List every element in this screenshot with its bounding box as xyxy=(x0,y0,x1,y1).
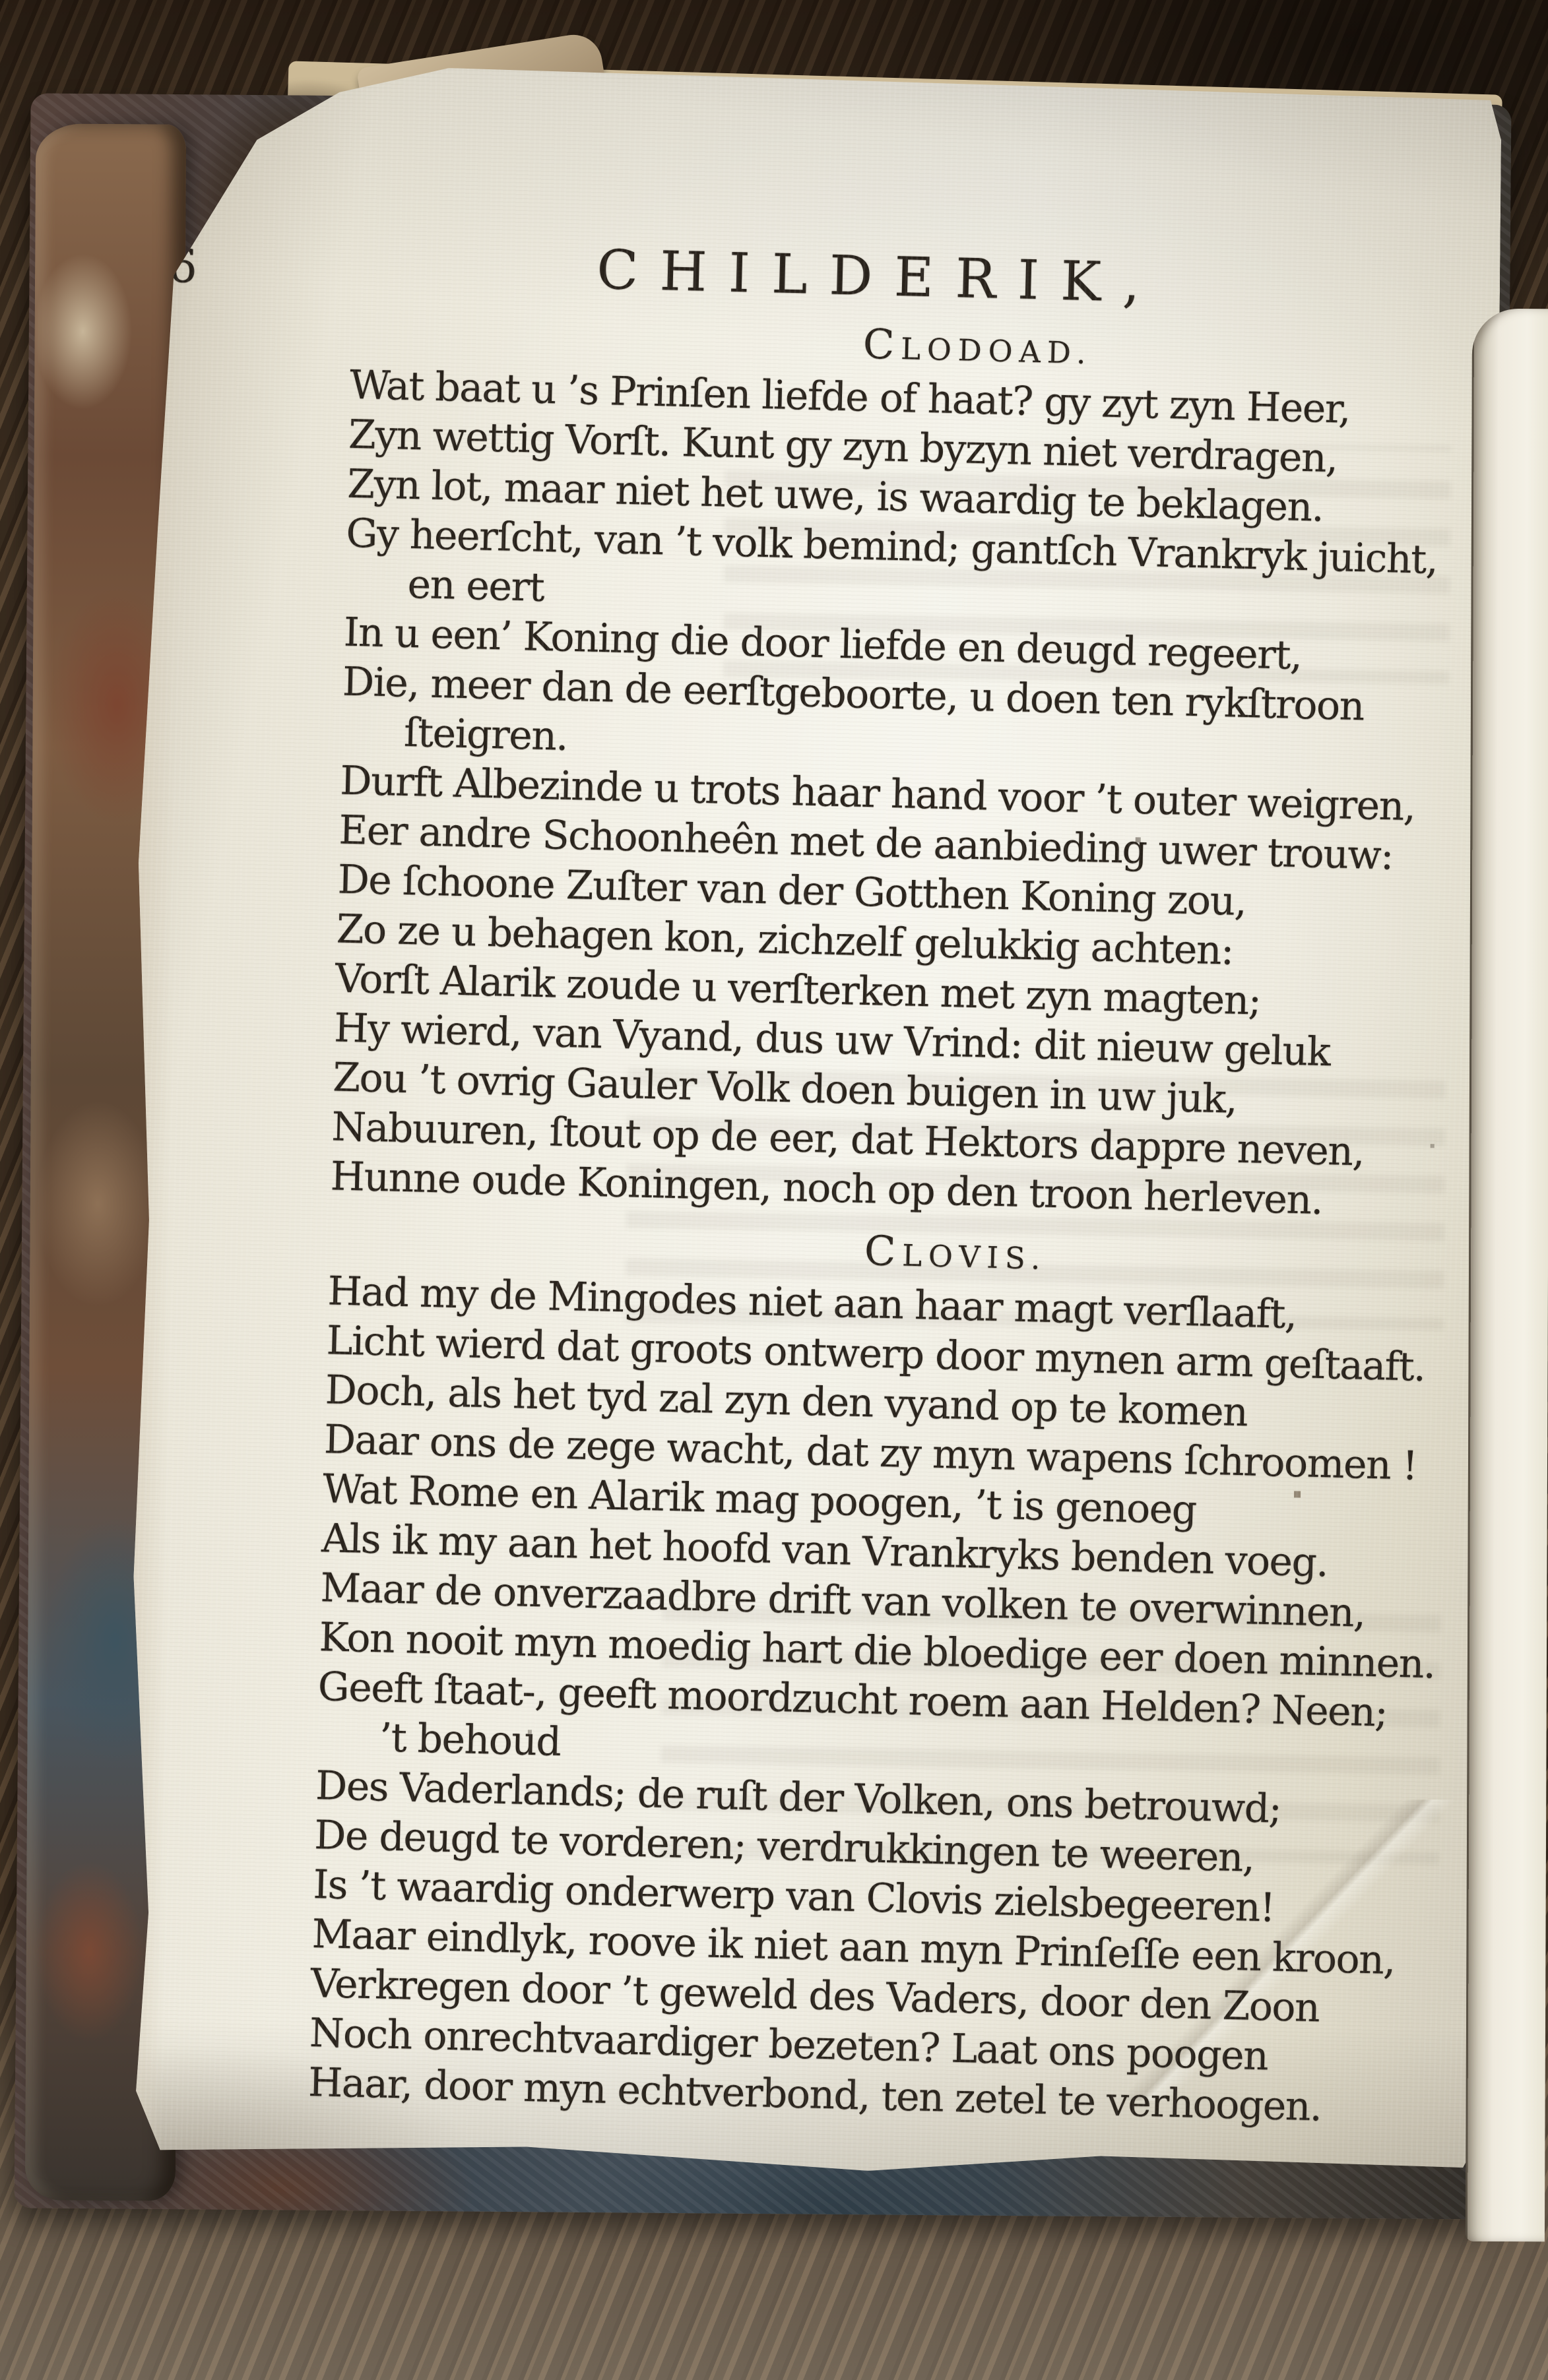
book-page: 6 CHILDERIK, CLODOAD.Wat baat u ’s Prinſ… xyxy=(116,65,1502,2176)
page-content: 6 CHILDERIK, CLODOAD.Wat baat u ’s Prinſ… xyxy=(83,61,1501,2193)
page-title: CHILDERIK, xyxy=(333,232,1425,321)
page-header: 6 CHILDERIK, xyxy=(129,61,1502,324)
paper-specks xyxy=(135,65,136,67)
speeches: CLODOAD.Wat baat u ’s Prinſen liefde of … xyxy=(307,307,1446,2135)
book-photo-scene: 6 CHILDERIK, CLODOAD.Wat baat u ’s Prinſ… xyxy=(0,0,1548,2380)
facing-page-edge xyxy=(1466,309,1548,2241)
